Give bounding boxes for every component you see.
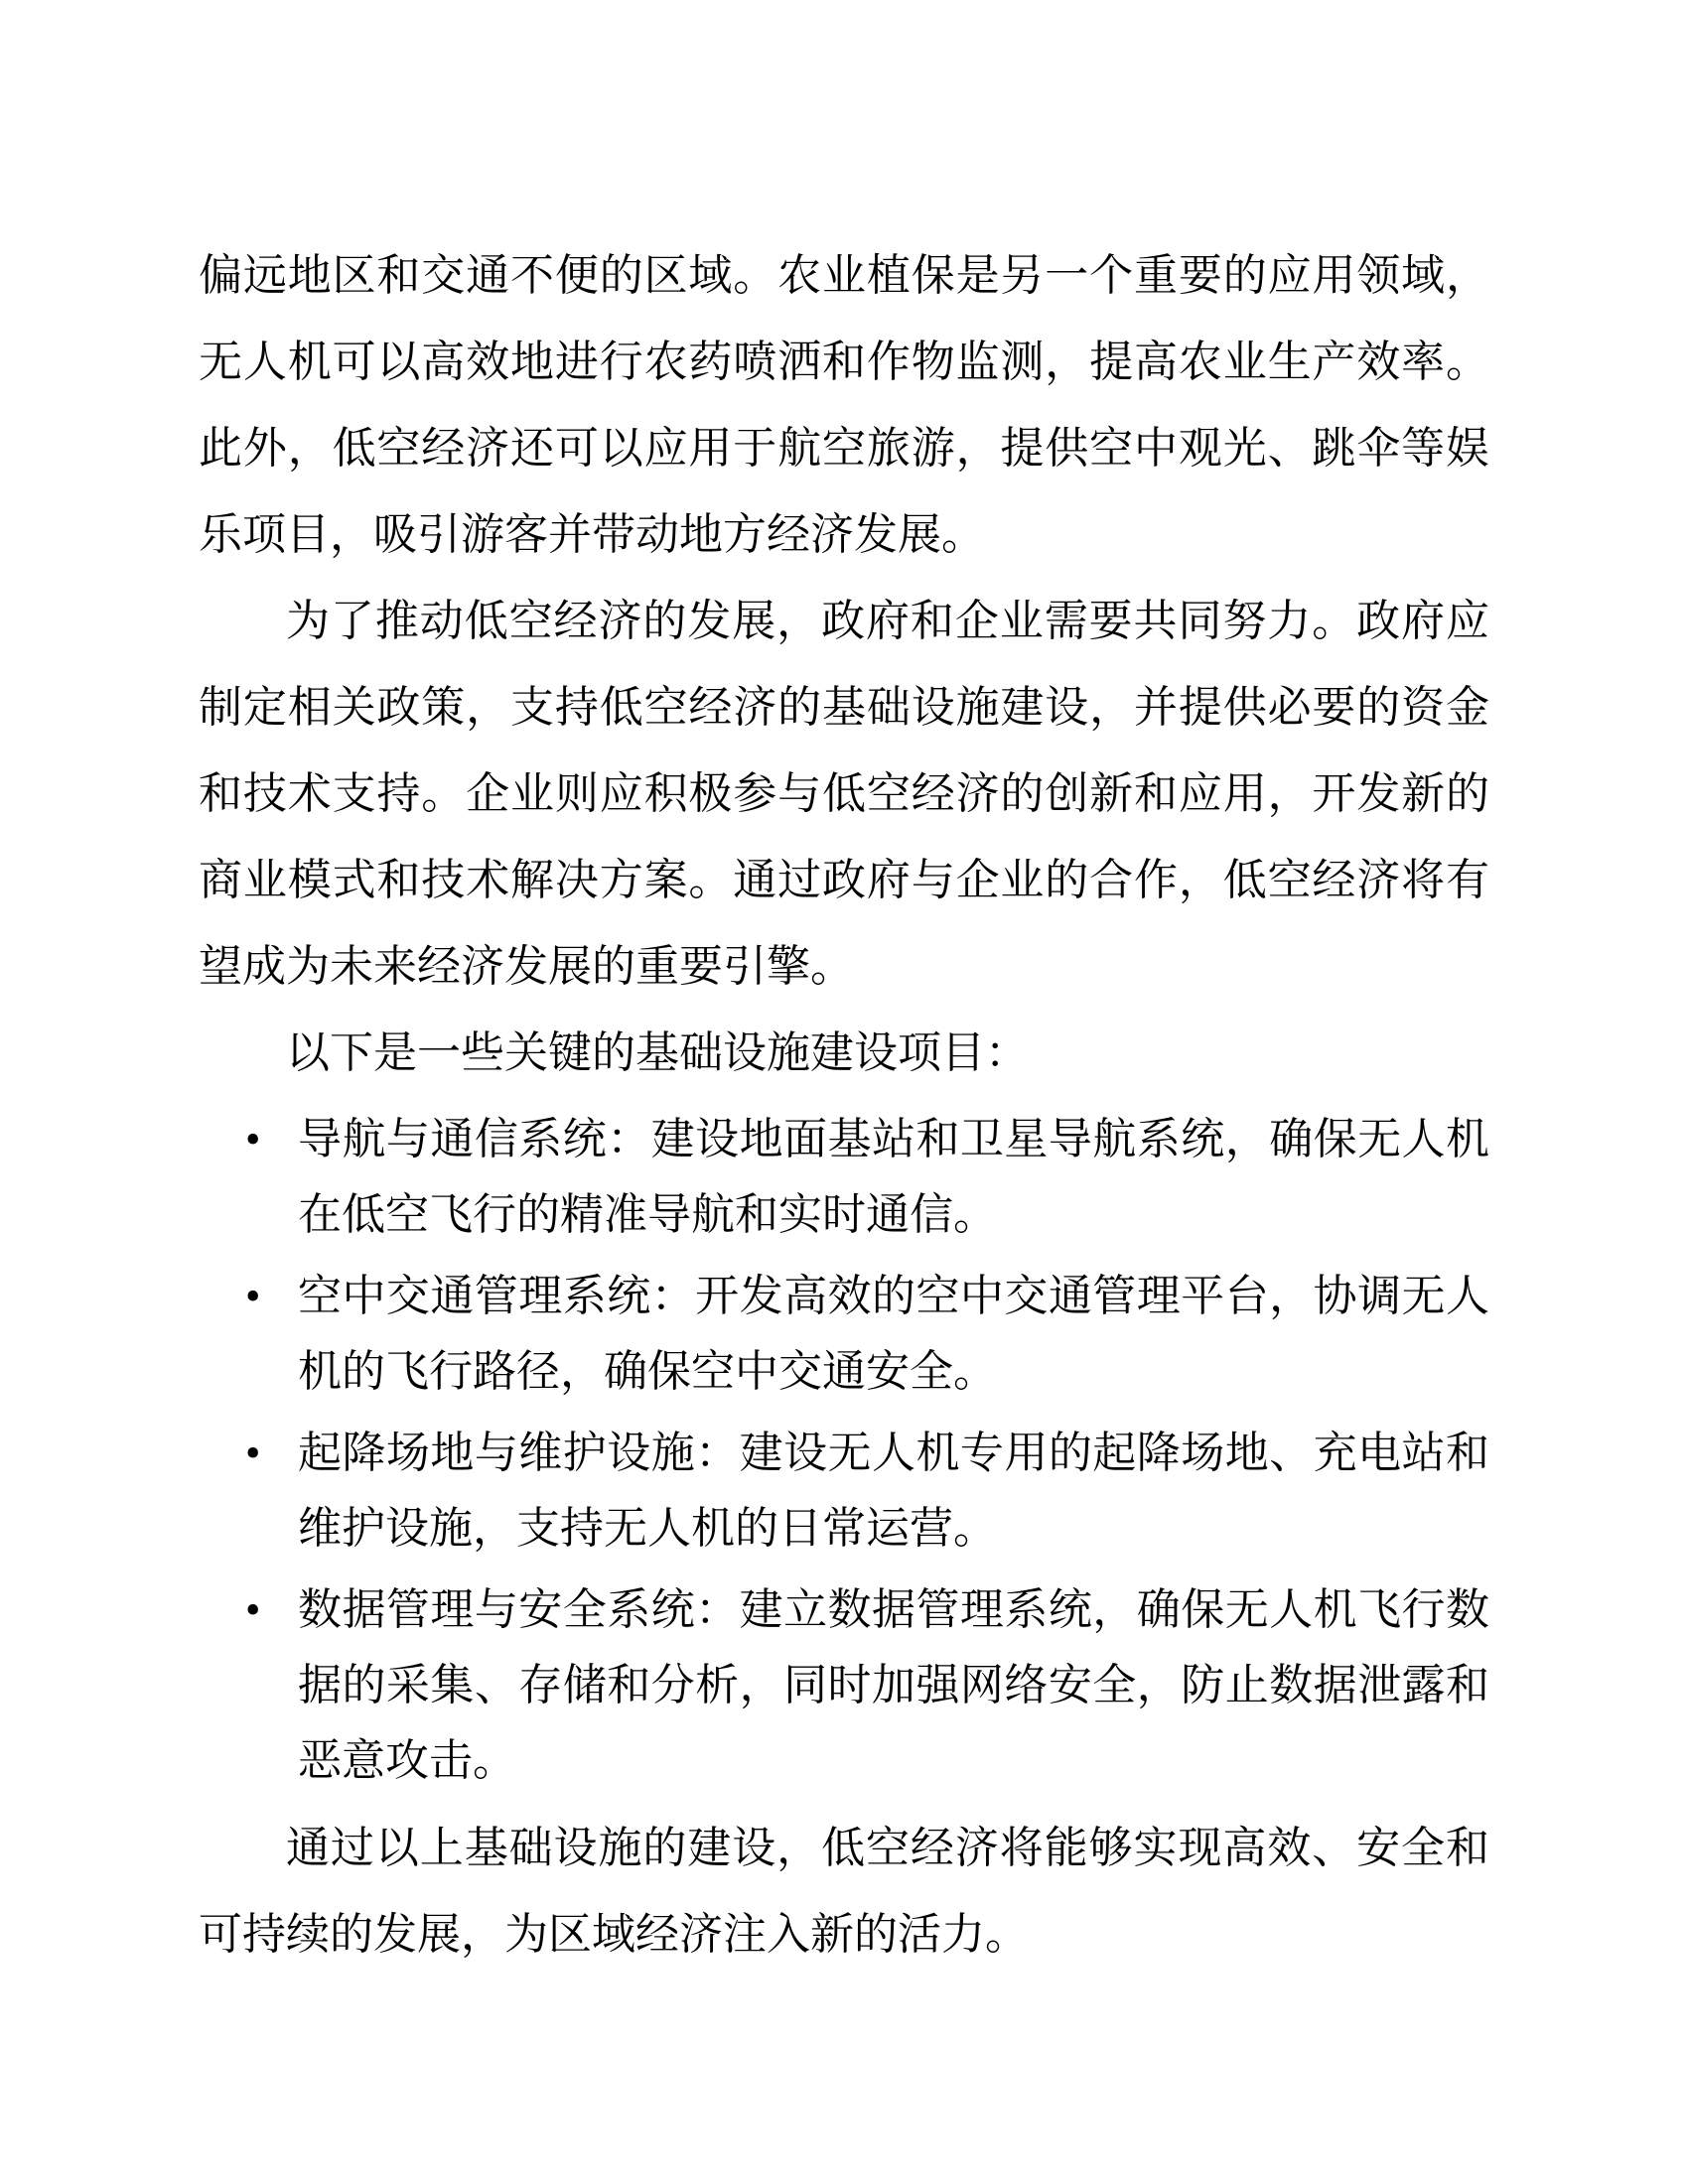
text-line: 此外，低空经济还可以应用于航空旅游，提供空中观光、跳伞等娱: [199, 405, 1489, 491]
bullet-item-navigation: • 导航与通信系统：建设地面基站和卫星导航系统，确保无人机 在低空飞行的精准导航…: [199, 1102, 1489, 1253]
text-line: 在低空飞行的精准导航和实时通信。: [298, 1177, 1489, 1253]
text-line: 制定相关政策，支持低空经济的基础设施建设，并提供必要的资金: [199, 664, 1489, 751]
bullet-icon: •: [245, 1416, 260, 1491]
text-line: 为了推动低空经济的发展，政府和企业需要共同努力。政府应: [199, 578, 1489, 664]
document-content: 偏远地区和交通不便的区域。农业植保是另一个重要的应用领域， 无人机可以高效地进行…: [199, 232, 1489, 1978]
text-line: 恶意攻击。: [298, 1723, 1489, 1799]
text-line: 据的采集、存储和分析，同时加强网络安全，防止数据泄露和: [298, 1648, 1489, 1723]
text-line: 机的飞行路径，确保空中交通安全。: [298, 1334, 1489, 1410]
text-line: 可持续的发展，为区域经济注入新的活力。: [199, 1891, 1489, 1978]
text-line: 和技术支持。企业则应积极参与低空经济的创新和应用，开发新的: [199, 751, 1489, 837]
bullet-item-landing-sites: • 起降场地与维护设施：建设无人机专用的起降场地、充电站和 维护设施，支持无人机…: [199, 1416, 1489, 1567]
bullet-icon: •: [245, 1259, 260, 1334]
bullet-list: • 导航与通信系统：建设地面基站和卫星导航系统，确保无人机 在低空飞行的精准导航…: [199, 1102, 1489, 1799]
text-line: 空中交通管理系统：开发高效的空中交通管理平台，协调无人: [298, 1259, 1489, 1334]
text-line: 偏远地区和交通不便的区域。农业植保是另一个重要的应用领域，: [199, 232, 1489, 319]
paragraph-list-intro: 以下是一些关键的基础设施建设项目：: [199, 1010, 1489, 1096]
paragraph-government-enterprise: 为了推动低空经济的发展，政府和企业需要共同努力。政府应 制定相关政策，支持低空经…: [199, 578, 1489, 1010]
text-line: 通过以上基础设施的建设，低空经济将能够实现高效、安全和: [199, 1805, 1489, 1891]
text-line: 数据管理与安全系统：建立数据管理系统，确保无人机飞行数: [298, 1572, 1489, 1648]
text-line: 望成为未来经济发展的重要引擎。: [199, 923, 1489, 1010]
text-line: 无人机可以高效地进行农药喷洒和作物监测，提高农业生产效率。: [199, 319, 1489, 405]
text-line: 导航与通信系统：建设地面基站和卫星导航系统，确保无人机: [298, 1102, 1489, 1177]
text-line: 起降场地与维护设施：建设无人机专用的起降场地、充电站和: [298, 1416, 1489, 1491]
bullet-item-data-security: • 数据管理与安全系统：建立数据管理系统，确保无人机飞行数 据的采集、存储和分析…: [199, 1572, 1489, 1799]
paragraph-applications: 偏远地区和交通不便的区域。农业植保是另一个重要的应用领域， 无人机可以高效地进行…: [199, 232, 1489, 578]
bullet-icon: •: [245, 1102, 260, 1177]
text-line: 维护设施，支持无人机的日常运营。: [298, 1491, 1489, 1567]
bullet-item-air-traffic: • 空中交通管理系统：开发高效的空中交通管理平台，协调无人 机的飞行路径，确保空…: [199, 1259, 1489, 1410]
bullet-icon: •: [245, 1572, 260, 1648]
text-line: 以下是一些关键的基础设施建设项目：: [199, 1010, 1489, 1096]
text-line: 商业模式和技术解决方案。通过政府与企业的合作，低空经济将有: [199, 837, 1489, 923]
text-line: 乐项目，吸引游客并带动地方经济发展。: [199, 491, 1489, 578]
document-page: 偏远地区和交通不便的区域。农业植保是另一个重要的应用领域， 无人机可以高效地进行…: [0, 0, 1688, 2184]
paragraph-closing: 通过以上基础设施的建设，低空经济将能够实现高效、安全和 可持续的发展，为区域经济…: [199, 1805, 1489, 1978]
